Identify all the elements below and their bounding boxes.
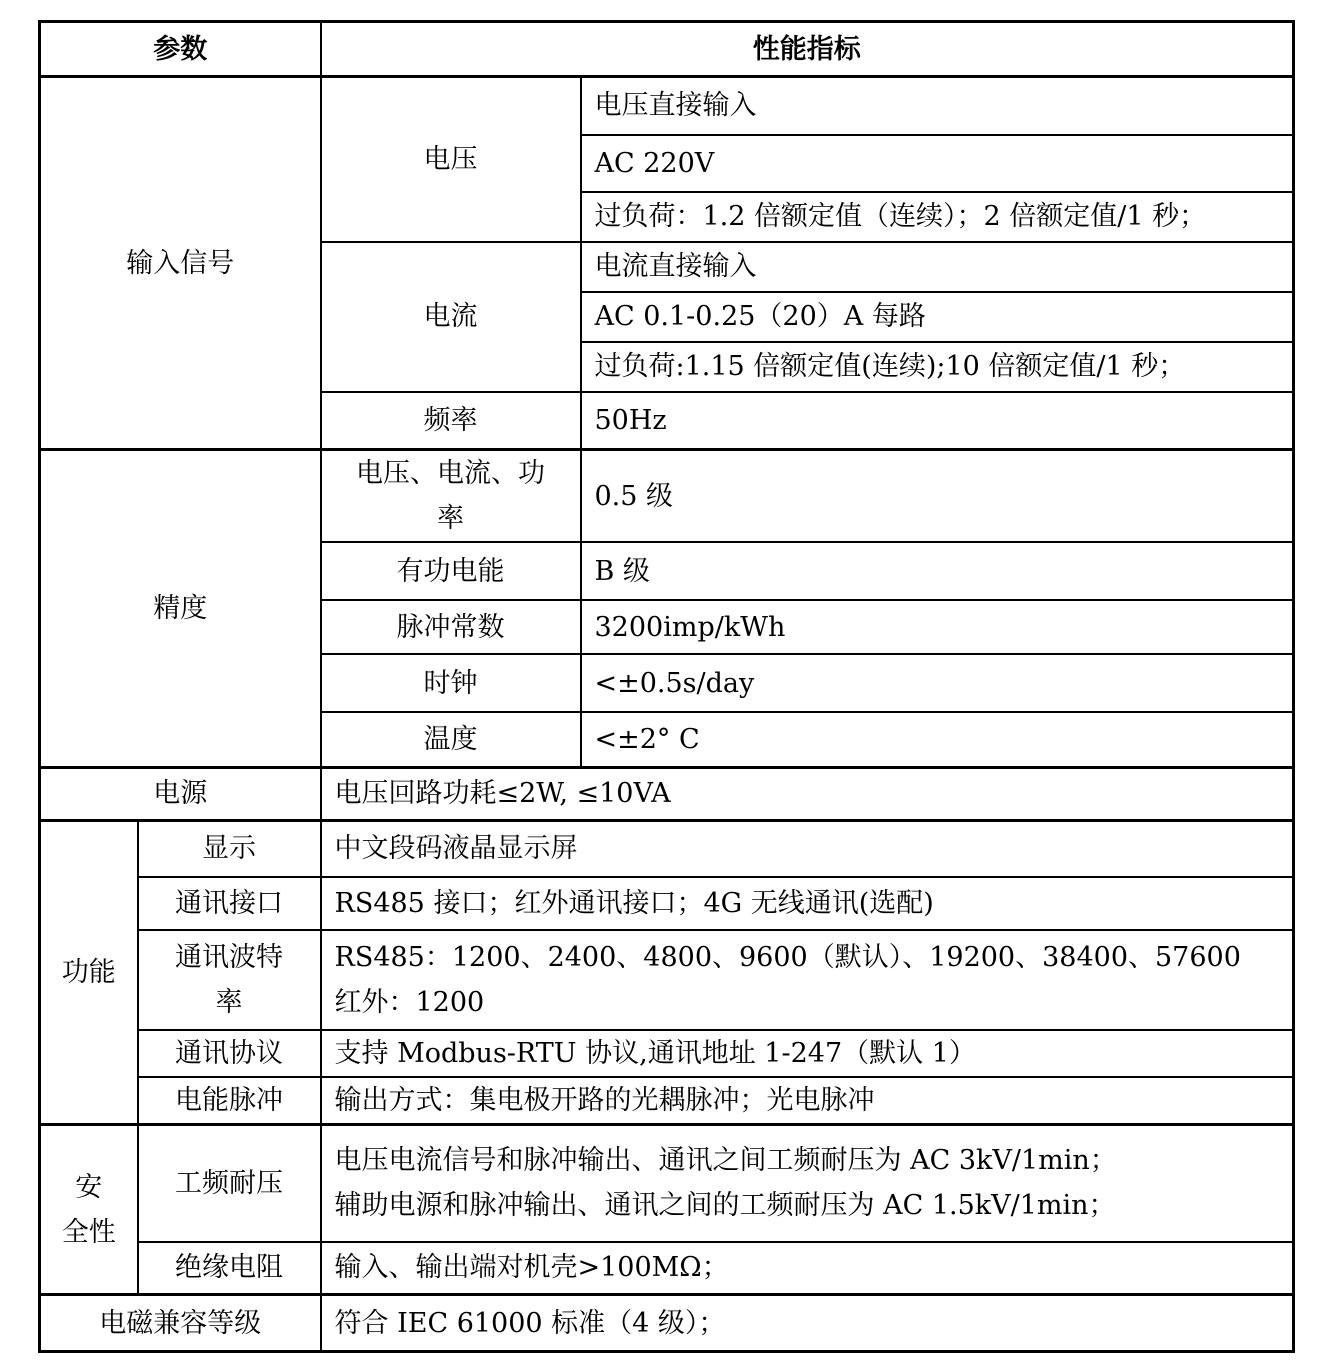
header-row: 参数 性能指标: [40, 22, 1294, 77]
cell-function-4-value: 输出方式：集电极开路的光耦脉冲；光电脉冲: [321, 1077, 1294, 1125]
table-row: 绝缘电阻 输入、输出端对机壳>100MΩ；: [40, 1242, 1294, 1295]
cell-function-0-value: 中文段码液晶显示屏: [321, 820, 1294, 877]
header-performance: 性能指标: [321, 22, 1294, 77]
cell-function-3-value: 支持 Modbus-RTU 协议,通讯地址 1-247（默认 1）: [321, 1030, 1294, 1077]
cell-emc-value: 符合 IEC 61000 标准（4 级）；: [321, 1295, 1294, 1352]
cell-current-value-2: 过负荷:1.15 倍额定值(连续);10 倍额定值/1 秒；: [581, 342, 1294, 392]
cell-current-label: 电流: [321, 242, 581, 392]
cell-safety-1-value: 输入、输出端对机壳>100MΩ；: [321, 1242, 1294, 1295]
cell-accuracy-0-value: 0.5 级: [581, 450, 1294, 543]
cell-accuracy-3-value: <±0.5s/day: [581, 654, 1294, 712]
cell-current-value-0: 电流直接输入: [581, 242, 1294, 292]
table-row: 电能脉冲 输出方式：集电极开路的光耦脉冲；光电脉冲: [40, 1077, 1294, 1125]
table-row: 通讯接口 RS485 接口；红外通讯接口；4G 无线通讯(选配): [40, 877, 1294, 930]
cell-function-1-value: RS485 接口；红外通讯接口；4G 无线通讯(选配): [321, 877, 1294, 930]
cell-function-2-label: 通讯波特 率: [138, 930, 321, 1030]
cell-power-label: 电源: [40, 767, 321, 820]
cell-function-3-label: 通讯协议: [138, 1030, 321, 1077]
cell-function-1-label: 通讯接口: [138, 877, 321, 930]
cell-voltage-value-0: 电压直接输入: [581, 77, 1294, 135]
cell-accuracy-4-label: 温度: [321, 712, 581, 767]
cell-safety-1-label: 绝缘电阻: [138, 1242, 321, 1295]
cell-voltage-value-2: 过负荷：1.2 倍额定值（连续）；2 倍额定值/1 秒；: [581, 192, 1294, 242]
cell-function-4-label: 电能脉冲: [138, 1077, 321, 1125]
cell-function-2-value: RS485：1200、2400、4800、9600（默认）、19200、3840…: [321, 930, 1294, 1030]
cell-accuracy-1-value: B 级: [581, 542, 1294, 600]
table-row: 通讯波特 率 RS485：1200、2400、4800、9600（默认）、192…: [40, 930, 1294, 1030]
cell-frequency-label: 频率: [321, 392, 581, 450]
cell-input-signal-label: 输入信号: [40, 77, 321, 450]
table-row: 输入信号 电压 电压直接输入: [40, 77, 1294, 135]
table-row: 电源 电压回路功耗≤2W, ≤10VA: [40, 767, 1294, 820]
table-row: 功能 显示 中文段码液晶显示屏: [40, 820, 1294, 877]
cell-function-0-label: 显示: [138, 820, 321, 877]
cell-accuracy-2-label: 脉冲常数: [321, 600, 581, 654]
table-row: 安 全性 工频耐压 电压电流信号和脉冲输出、通讯之间工频耐压为 AC 3kV/1…: [40, 1125, 1294, 1242]
header-param: 参数: [40, 22, 321, 77]
cell-power-value: 电压回路功耗≤2W, ≤10VA: [321, 767, 1294, 820]
cell-voltage-value-1: AC 220V: [581, 135, 1294, 192]
cell-voltage-label: 电压: [321, 77, 581, 242]
cell-accuracy-2-value: 3200imp/kWh: [581, 600, 1294, 654]
cell-accuracy-4-value: <±2° C: [581, 712, 1294, 767]
table-row: 精度 电压、电流、功 率 0.5 级: [40, 450, 1294, 543]
cell-safety-label: 安 全性: [40, 1125, 138, 1295]
table-row: 通讯协议 支持 Modbus-RTU 协议,通讯地址 1-247（默认 1）: [40, 1030, 1294, 1077]
cell-frequency-value: 50Hz: [581, 392, 1294, 450]
spec-table: 参数 性能指标 输入信号 电压 电压直接输入 AC 220V 过负荷：1.2 倍…: [38, 20, 1295, 1353]
cell-emc-label: 电磁兼容等级: [40, 1295, 321, 1352]
cell-function-label: 功能: [40, 820, 138, 1125]
cell-accuracy-label: 精度: [40, 450, 321, 768]
cell-accuracy-1-label: 有功电能: [321, 542, 581, 600]
cell-current-value-1: AC 0.1-0.25（20）A 每路: [581, 292, 1294, 342]
table-row: 电磁兼容等级 符合 IEC 61000 标准（4 级）；: [40, 1295, 1294, 1352]
cell-accuracy-3-label: 时钟: [321, 654, 581, 712]
cell-accuracy-0-label: 电压、电流、功 率: [321, 450, 581, 543]
cell-safety-0-label: 工频耐压: [138, 1125, 321, 1242]
cell-safety-0-value: 电压电流信号和脉冲输出、通讯之间工频耐压为 AC 3kV/1min； 辅助电源和…: [321, 1125, 1294, 1242]
